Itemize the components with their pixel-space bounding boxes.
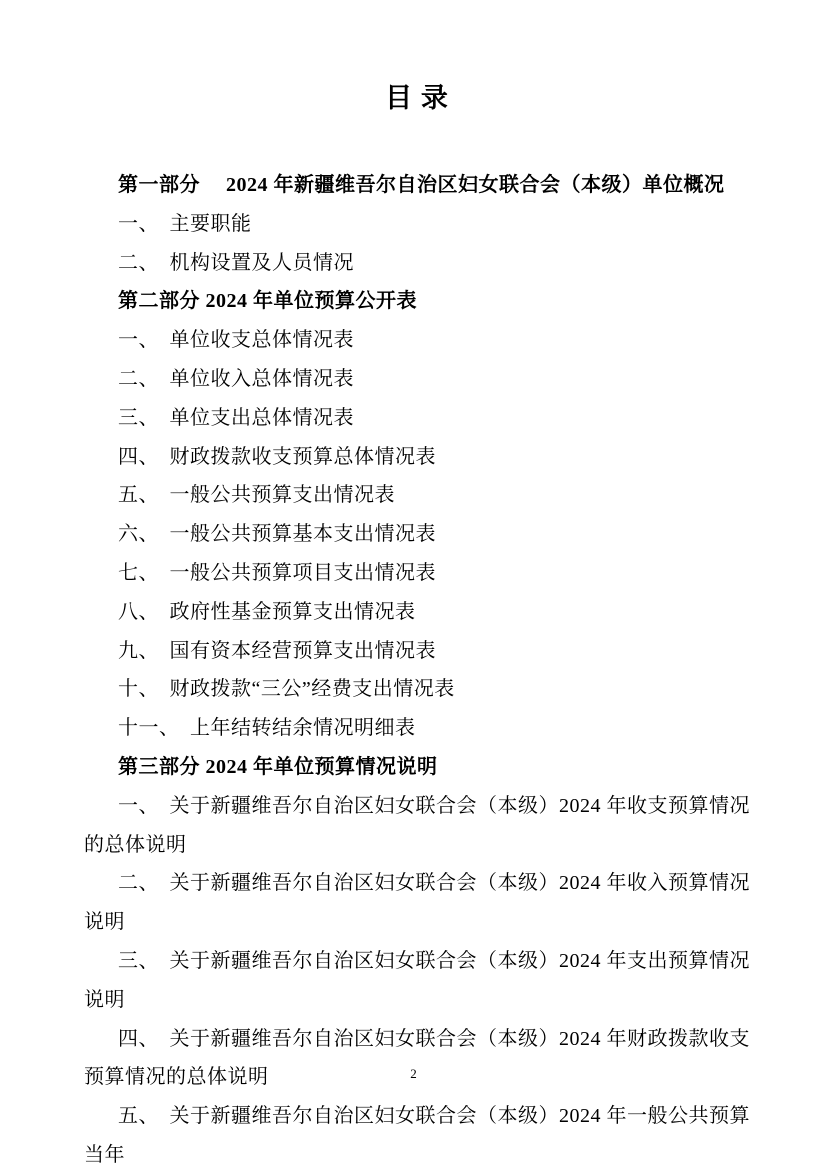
toc-item: 三、 关于新疆维吾尔自治区妇女联合会（本级）2024 年支出预算情况说明 bbox=[84, 942, 750, 1020]
toc-item: 一、 关于新疆维吾尔自治区妇女联合会（本级）2024 年收支预算情况的总体说明 bbox=[84, 787, 750, 865]
toc-item: 五、 关于新疆维吾尔自治区妇女联合会（本级）2024 年一般公共预算当年 bbox=[84, 1097, 750, 1170]
toc-item: 一、 主要职能 bbox=[84, 205, 750, 244]
toc-item: 十一、 上年结转结余情况明细表 bbox=[84, 709, 750, 748]
toc-item: 一、 单位收支总体情况表 bbox=[84, 321, 750, 360]
toc-section-heading-part1: 第一部分 2024 年新疆维吾尔自治区妇女联合会（本级）单位概况 bbox=[84, 166, 750, 205]
document-page: 目 录 第一部分 2024 年新疆维吾尔自治区妇女联合会（本级）单位概况 一、 … bbox=[0, 78, 827, 1170]
page-number: 2 bbox=[0, 1066, 827, 1082]
toc-item: 十、 财政拨款“三公”经费支出情况表 bbox=[84, 670, 750, 709]
toc-item: 三、 单位支出总体情况表 bbox=[84, 399, 750, 438]
toc-section-heading-part2: 第二部分 2024 年单位预算公开表 bbox=[84, 282, 750, 321]
toc-item: 八、 政府性基金预算支出情况表 bbox=[84, 593, 750, 632]
table-of-contents: 第一部分 2024 年新疆维吾尔自治区妇女联合会（本级）单位概况 一、 主要职能… bbox=[84, 166, 750, 1170]
toc-item: 二、 单位收入总体情况表 bbox=[84, 360, 750, 399]
toc-item: 五、 一般公共预算支出情况表 bbox=[84, 476, 750, 515]
toc-item: 四、 财政拨款收支预算总体情况表 bbox=[84, 438, 750, 477]
toc-item: 二、 关于新疆维吾尔自治区妇女联合会（本级）2024 年收入预算情况说明 bbox=[84, 864, 750, 942]
toc-item: 二、 机构设置及人员情况 bbox=[84, 244, 750, 283]
toc-item: 七、 一般公共预算项目支出情况表 bbox=[84, 554, 750, 593]
toc-item: 四、 关于新疆维吾尔自治区妇女联合会（本级）2024 年财政拨款收支预算情况的总… bbox=[84, 1020, 750, 1098]
page-title: 目 录 bbox=[84, 78, 750, 118]
toc-item: 六、 一般公共预算基本支出情况表 bbox=[84, 515, 750, 554]
toc-section-heading-part3: 第三部分 2024 年单位预算情况说明 bbox=[84, 748, 750, 787]
toc-item: 九、 国有资本经营预算支出情况表 bbox=[84, 632, 750, 671]
